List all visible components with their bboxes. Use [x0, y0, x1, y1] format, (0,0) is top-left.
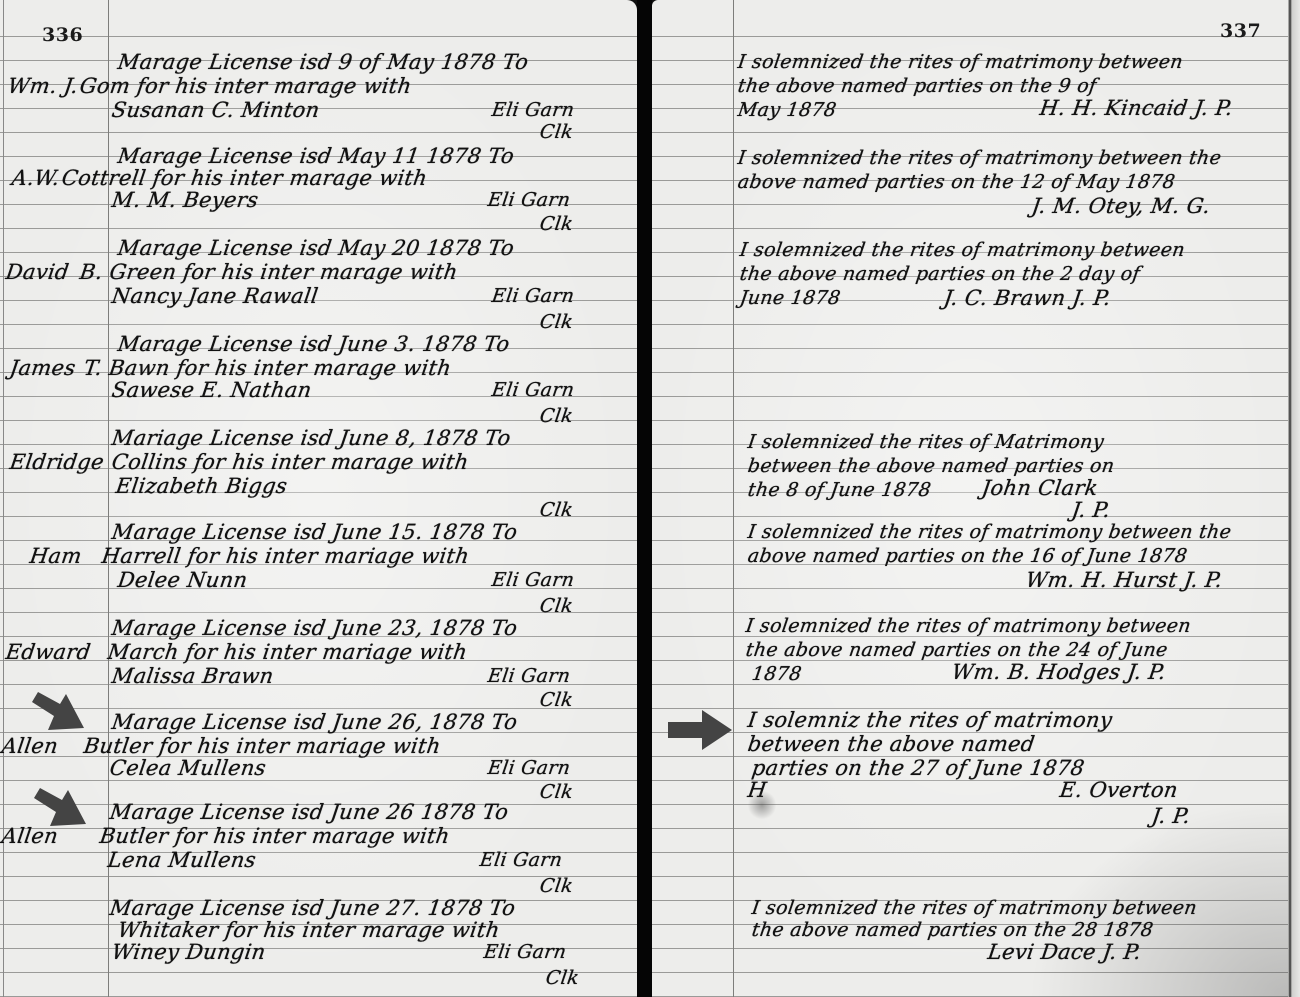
margin-name: A.W. — [10, 166, 61, 190]
page-edge — [1288, 0, 1300, 997]
left-page: 336 Marage License isd 9 of May 1878 To … — [0, 0, 637, 997]
entry-line-2: Collins for his inter marage with — [110, 450, 470, 474]
clerk-signature: Eli Garn — [490, 98, 576, 122]
entry-line-3: Elizabeth Biggs — [114, 474, 289, 498]
entry-line-1: I solemnized the rites of matrimony betw… — [746, 520, 1233, 544]
clerk-title: Clk — [544, 966, 580, 990]
entry-line-1: Mariage License isd June 8, 1878 To — [110, 426, 512, 450]
entry-line-2: Cottrell for his inter marage with — [60, 166, 429, 190]
officiant-signature: Wm. H. Hurst J. P. — [1024, 568, 1224, 592]
clerk-signature: Eli Garn — [486, 188, 572, 212]
clerk-signature: Eli Garn — [490, 568, 576, 592]
officiant-signature: J. M. Otey, M. G. — [1030, 194, 1212, 218]
entry-line-2: T. Bawn for his inter marage with — [82, 356, 453, 380]
entry-line-2: Butler for his inter mariage with — [82, 734, 442, 758]
margin-rule — [733, 0, 734, 997]
clerk-title: Clk — [538, 780, 574, 804]
clerk-signature: Eli Garn — [486, 756, 572, 780]
officiant-signature: Levi Dace J. P. — [986, 940, 1142, 964]
entry-line-1: Marage License isd 9 of May 1878 To — [116, 50, 530, 74]
margin-name: Allen — [0, 824, 59, 848]
officiant-signature: H. H. Kincaid J. P. — [1038, 96, 1234, 120]
entry-line-3: Nancy Jane Rawall — [110, 284, 320, 308]
entry-line-1: Marage License isd May 20 1878 To — [116, 236, 515, 260]
entry-line-2: the above named parties on the 2 day of — [738, 262, 1141, 286]
entry-line-2: Gom for his inter marage with — [78, 74, 413, 98]
entry-line-1: Marage License isd June 27. 1878 To — [108, 896, 517, 920]
arrow-right-icon — [666, 708, 736, 752]
clerk-title: Clk — [538, 212, 574, 236]
entry-line-2: Whitaker for his inter marage with — [116, 918, 501, 942]
ink-smudge — [748, 790, 776, 820]
right-page: 337 I solemnized the rites of matrimony … — [652, 0, 1288, 997]
margin-name: David — [4, 260, 70, 284]
entry-line-1: I solemnized the rites of matrimony betw… — [738, 238, 1186, 262]
entry-line-3: M. M. Beyers — [110, 188, 260, 212]
entry-line-1: I solemniz the rites of matrimony — [746, 708, 1114, 732]
entry-line-2: Harrell for his inter mariage with — [100, 544, 471, 568]
clerk-title: Clk — [538, 120, 574, 144]
entry-line-3: May 1878 — [736, 98, 838, 122]
officiant-title: J. P. — [1150, 804, 1192, 828]
margin-name: Eldridge — [8, 450, 105, 474]
officiant-signature: J. C. Brawn J. P. — [942, 286, 1112, 310]
entry-line-3: parties on the 27 of June 1878 — [750, 756, 1086, 780]
entry-line-3: the 8 of June 1878 — [746, 478, 932, 502]
entry-line-3: Malissa Brawn — [110, 664, 275, 688]
entry-line-1: I solemnized the rites of Matrimony — [746, 430, 1105, 454]
margin-name: Edward — [4, 640, 92, 664]
entry-line-1: Marage License isd May 11 1878 To — [116, 144, 515, 168]
clerk-signature: Eli Garn — [490, 378, 576, 402]
book-gutter — [637, 0, 652, 997]
clerk-title: Clk — [538, 404, 574, 428]
clerk-title: Clk — [538, 498, 574, 522]
entry-line-3: Winey Dungin — [110, 940, 267, 964]
entry-line-2: the above named parties on the 9 of — [736, 74, 1098, 98]
clerk-signature: Eli Garn — [490, 284, 576, 308]
entry-line-3: June 1878 — [738, 286, 842, 310]
officiant-signature: E. Overton — [1058, 778, 1179, 802]
arrow-down-right-icon — [30, 690, 86, 734]
entry-line-1: I solemnized the rites of matrimony betw… — [736, 50, 1184, 74]
entry-line-2: between the above named — [746, 732, 1036, 756]
entry-line-3: Sawese E. Nathan — [110, 378, 313, 402]
margin-name: Ham — [28, 544, 83, 568]
officiant-title: J. P. — [1070, 498, 1112, 522]
page-number: 336 — [42, 24, 83, 46]
entry-line-2: between the above named parties on — [746, 454, 1116, 478]
entry-line-2: March for his inter mariage with — [106, 640, 469, 664]
entry-line-1: Marage License isd June 23, 1878 To — [110, 616, 519, 640]
entry-line-1: Marage License isd June 3. 1878 To — [116, 332, 511, 356]
officiant-signature: Wm. B. Hodges J. P. — [950, 660, 1167, 684]
entry-line-2: Butler for his inter marage with — [98, 824, 451, 848]
margin-name: Allen — [0, 734, 59, 758]
entry-line-1: I solemnized the rites of matrimony betw… — [744, 614, 1192, 638]
entry-line-2: B. Green for his inter marage with — [78, 260, 459, 284]
clerk-signature: Eli Garn — [478, 848, 564, 872]
entry-line-1: Marage License isd June 15. 1878 To — [110, 520, 519, 544]
entry-line-3: Lena Mullens — [106, 848, 257, 872]
entry-line-1: Marage License isd June 26 1878 To — [108, 800, 510, 824]
entry-line-3: Susanan C. Minton — [110, 98, 321, 122]
page-number: 337 — [1220, 20, 1261, 42]
entry-line-2: the above named parties on the 24 of Jun… — [744, 638, 1169, 662]
clerk-title: Clk — [538, 688, 574, 712]
entry-line-3: Delee Nunn — [116, 568, 249, 592]
officiant-signature: John Clark — [980, 476, 1099, 500]
entry-line-2: above named parties on the 12 of May 187… — [736, 170, 1176, 194]
clerk-title: Clk — [538, 594, 574, 618]
entry-line-3: 1878 — [750, 662, 803, 686]
clerk-signature: Eli Garn — [486, 664, 572, 688]
margin-name: James — [8, 356, 77, 380]
entry-line-2: above named parties on the 16 of June 18… — [746, 544, 1189, 568]
entry-line-1: Marage License isd June 26, 1878 To — [110, 710, 519, 734]
entry-line-1: I solemnized the rites of matrimony betw… — [750, 896, 1198, 920]
entry-line-2: the above named parties on the 28 1878 — [750, 918, 1155, 942]
clerk-signature: Eli Garn — [482, 940, 568, 964]
clerk-title: Clk — [538, 310, 574, 334]
entry-line-3: Celea Mullens — [108, 756, 267, 780]
clerk-title: Clk — [538, 874, 574, 898]
entry-line-1: I solemnized the rites of matrimony betw… — [736, 146, 1223, 170]
margin-name: Wm. J. — [6, 74, 79, 98]
